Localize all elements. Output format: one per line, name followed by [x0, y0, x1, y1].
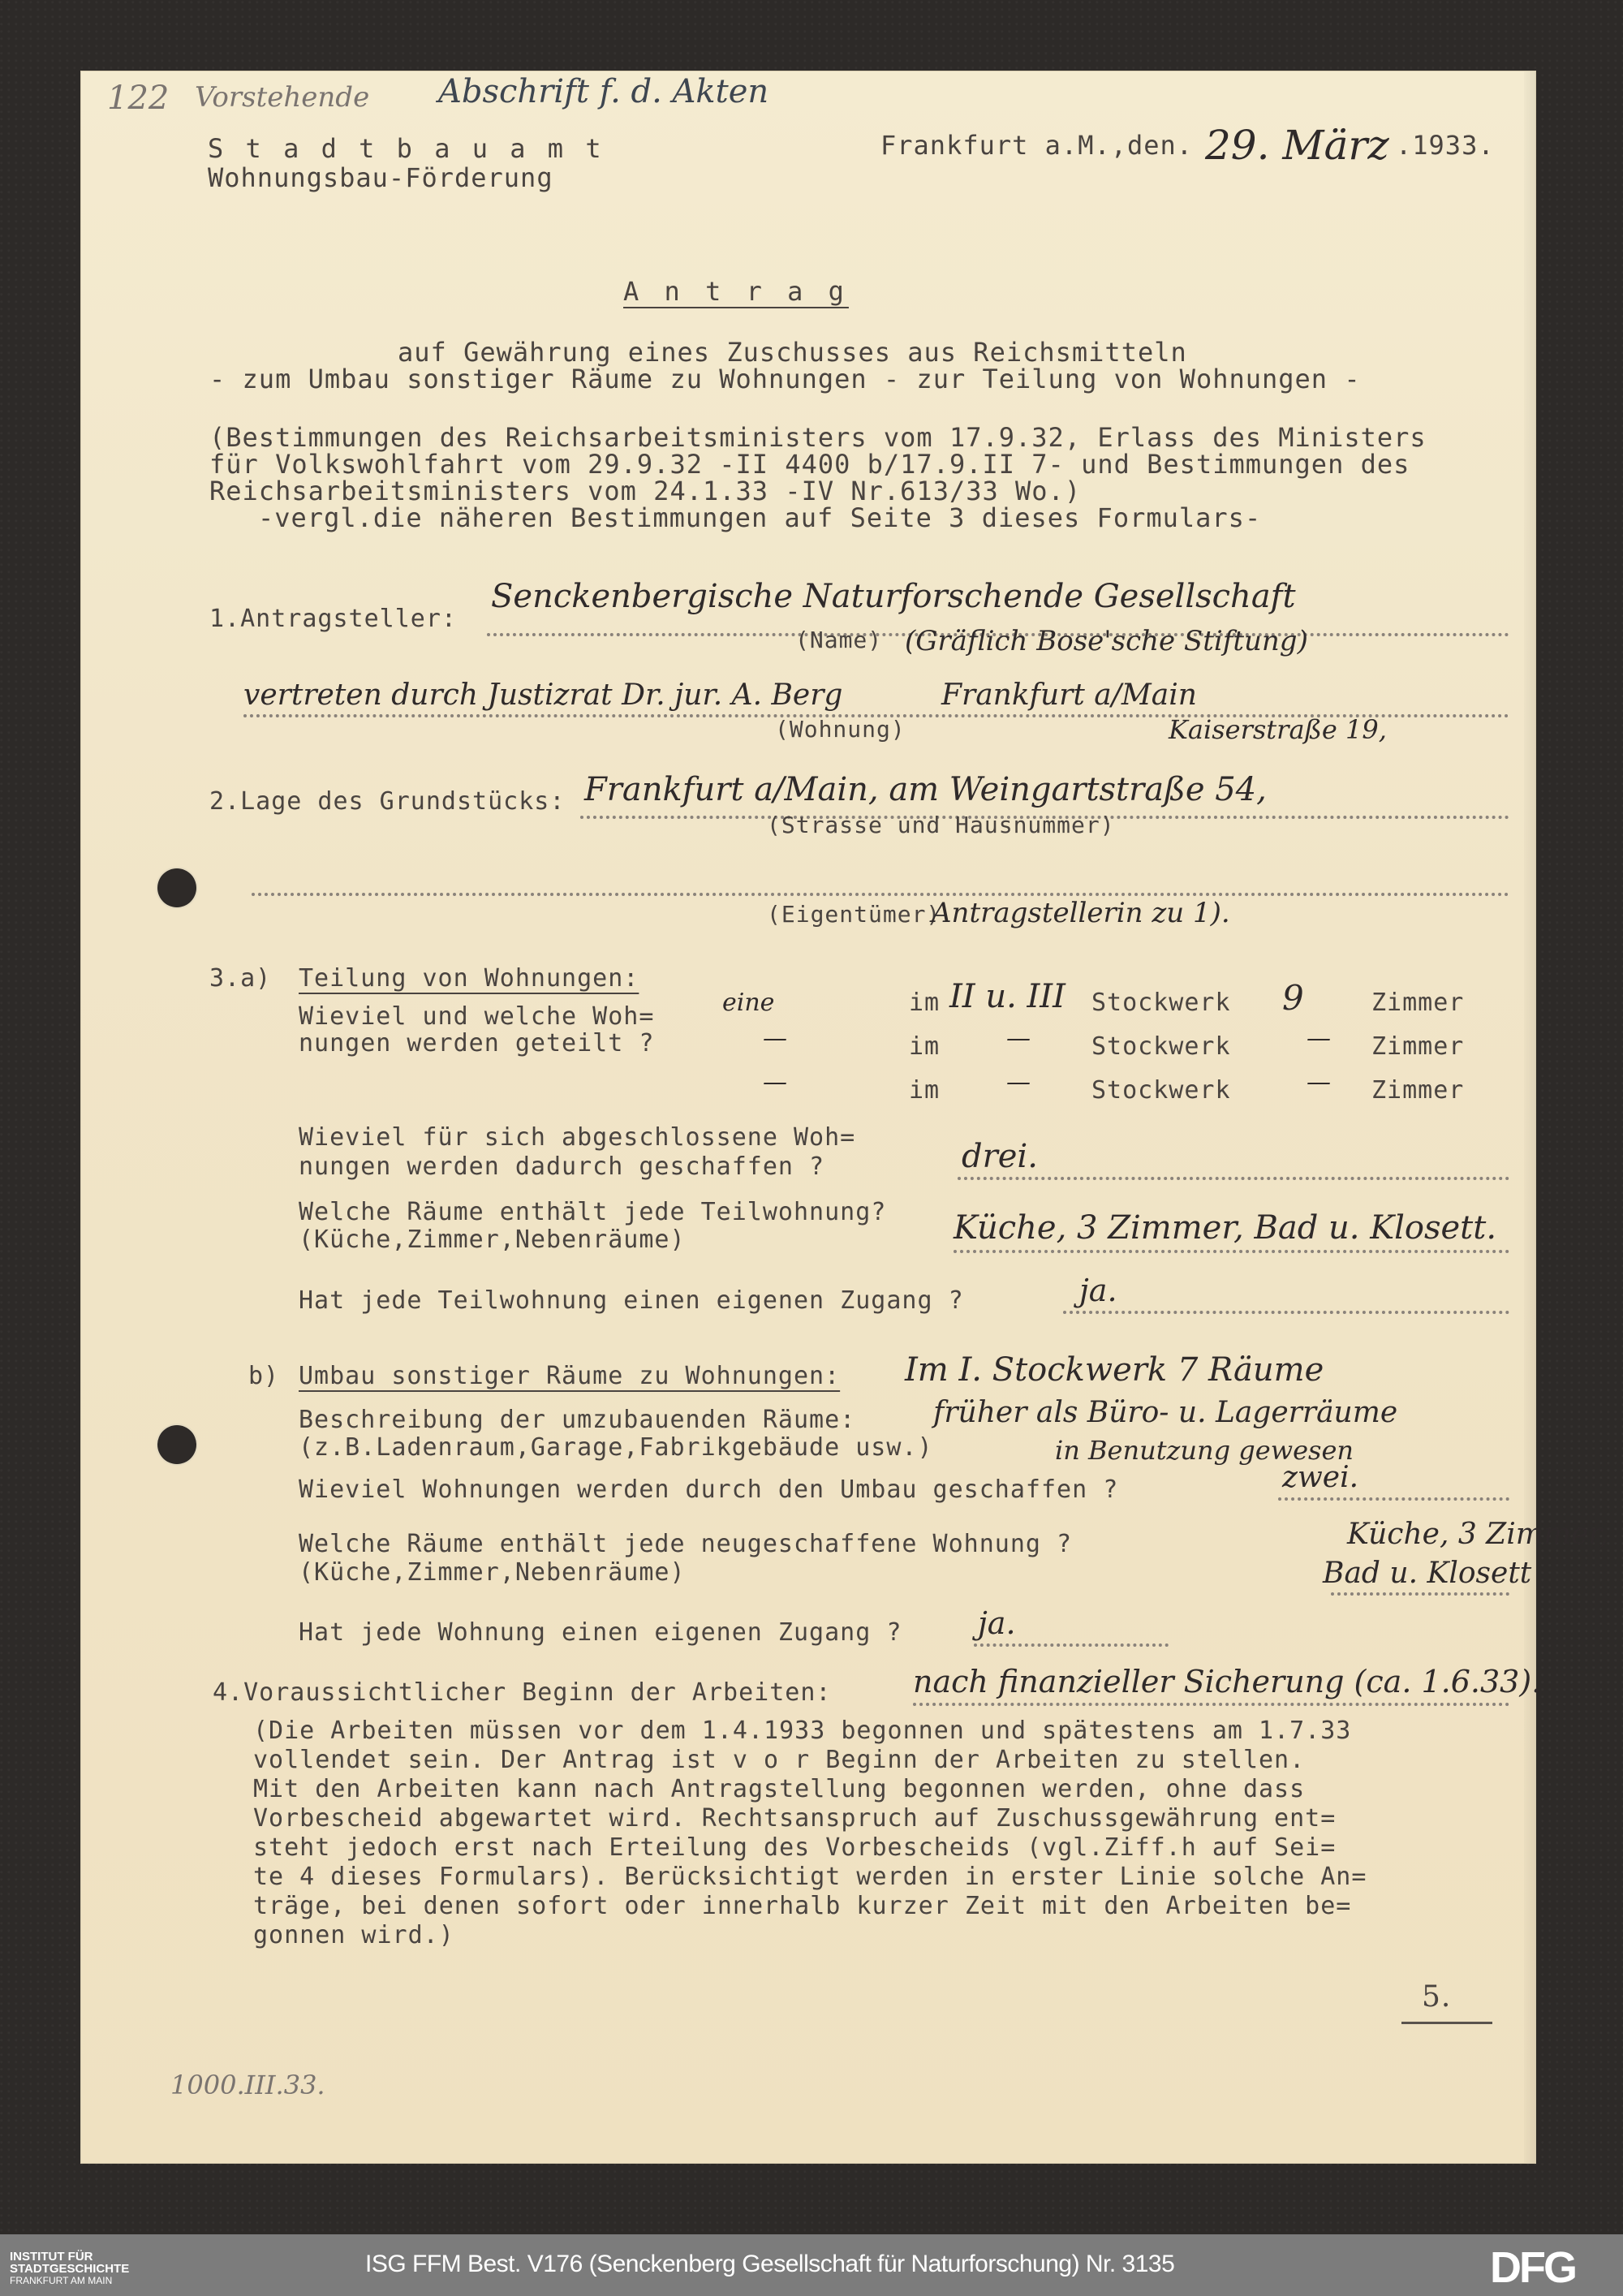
form-subtitle-2: - zum Umbau sonstiger Räume zu Wohnungen…	[209, 364, 1361, 394]
pencil-note: Vorstehende	[195, 81, 369, 114]
q-rooms-answer[interactable]: Küche, 3 Zimmer, Bad u. Klosett.	[954, 1209, 1496, 1247]
regulations-line-4: -vergl.die näheren Bestimmungen auf Seit…	[258, 502, 1261, 533]
date-year: .1933.	[1396, 130, 1495, 161]
notice-line: te 4 dieses Formulars). Berücksichtigt w…	[253, 1863, 1519, 1892]
row3-im: im	[909, 1076, 940, 1105]
notice-line: vollendet sein. Der Antrag ist v o r Beg…	[253, 1746, 1519, 1775]
owner-caption: (Eigentümer)	[767, 901, 941, 928]
applicant-representative[interactable]: vertreten durch Justizrat Dr. jur. A. Be…	[243, 678, 842, 712]
row2-floor[interactable]: —	[1006, 1024, 1031, 1053]
archive-number: 122	[107, 80, 169, 117]
ink-note: Abschrift f. d. Akten	[438, 73, 768, 110]
work-start-answer[interactable]: nach finanzieller Sicherung (ca. 1.6.33)…	[913, 1664, 1541, 1699]
row3-rooms[interactable]: —	[1307, 1068, 1331, 1096]
paper-edge	[1524, 71, 1535, 2163]
office-department: Wohnungsbau-Förderung	[208, 162, 553, 193]
q-conversion-count-line	[1278, 1497, 1509, 1501]
notice-line: träge, bei denen sofort oder innerhalb k…	[253, 1892, 1519, 1921]
punch-hole-lower	[157, 1425, 196, 1464]
institute-line-2: STADTGESCHICHTE	[10, 2263, 129, 2275]
q-access-3b-line	[974, 1643, 1169, 1647]
office-name: S t a d t b a u a m t	[208, 133, 605, 164]
q-description-line-1: Beschreibung der umzubauenden Räume:	[299, 1406, 855, 1434]
institute-line-3: FRANKFURT AM MAIN	[10, 2275, 129, 2287]
row3-stockwerk: Stockwerk	[1091, 1076, 1231, 1105]
row1-count[interactable]: eine	[722, 989, 774, 1017]
q-conversion-count: Wieviel Wohnungen werden durch den Umbau…	[299, 1475, 1118, 1504]
row2-im: im	[909, 1032, 940, 1061]
section-3b-heading-answer[interactable]: Im I. Stockwerk 7 Räume	[905, 1351, 1324, 1389]
q-access-3b: Hat jede Wohnung einen eigenen Zugang ?	[299, 1618, 902, 1647]
row1-zimmer: Zimmer	[1371, 989, 1464, 1017]
archive-caption: ISG FFM Best. V176 (Senckenberg Gesellsc…	[365, 2251, 1174, 2278]
q-description-line-2: (z.B.Ladenraum,Garage,Fabrikgebäude usw.…	[299, 1433, 933, 1462]
applicant-address-extra: Kaiserstraße 19,	[1169, 714, 1387, 745]
q-description-answer-1[interactable]: früher als Büro- u. Lagerräume	[933, 1396, 1397, 1429]
row2-count[interactable]: —	[763, 1024, 787, 1053]
q-rooms-line-2: (Küche,Zimmer,Nebenräume)	[299, 1226, 686, 1254]
form-title: A n t r a g	[623, 276, 849, 307]
q-access-3a-answer[interactable]: ja.	[1079, 1273, 1117, 1308]
q-divided-line-1: Wieviel und welche Woh=	[299, 1002, 654, 1031]
property-location-value[interactable]: Frankfurt a/Main, am Weingartstraße 54,	[584, 771, 1267, 808]
q-created-line-2: nungen werden dadurch geschaffen ?	[299, 1152, 824, 1181]
q-access-3a-line	[1063, 1311, 1509, 1314]
applicant-name-extra: (Gräflich Bose'sche Stiftung)	[905, 625, 1308, 657]
applicant-name-caption: (Name)	[795, 627, 882, 653]
form-code: 1000.III.33.	[170, 2070, 325, 2100]
q-new-rooms-answer-1[interactable]: Küche, 3 Zimmer,	[1347, 1518, 1608, 1551]
q-conversion-count-answer[interactable]: zwei.	[1282, 1461, 1358, 1494]
owner-value[interactable]: Antragstellerin zu 1).	[932, 897, 1230, 929]
q-new-rooms-line-1: Welche Räume enthält jede neugeschaffene…	[299, 1530, 1072, 1558]
work-start-notice: (Die Arbeiten müssen vor dem 1.4.1933 be…	[253, 1717, 1519, 1950]
row2-rooms[interactable]: —	[1307, 1024, 1331, 1053]
row1-floor[interactable]: II u. III	[949, 978, 1065, 1015]
next-page-underline	[1401, 2022, 1492, 2024]
q-rooms-line-1: Welche Räume enthält jede Teilwohnung?	[299, 1198, 886, 1226]
notice-line: (Die Arbeiten müssen vor dem 1.4.1933 be…	[253, 1717, 1519, 1746]
row3-floor[interactable]: —	[1006, 1068, 1031, 1096]
place-prefix: Frankfurt a.M.,den.	[880, 130, 1193, 161]
institute-logo: INSTITUT FÜR STADTGESCHICHTE FRANKFURT A…	[10, 2251, 129, 2287]
notice-line: gonnen wird.)	[253, 1921, 1519, 1950]
q-new-rooms-line	[1331, 1592, 1509, 1596]
row2-stockwerk: Stockwerk	[1091, 1032, 1231, 1061]
q-rooms-line	[954, 1250, 1509, 1253]
q-created-line	[958, 1177, 1509, 1180]
applicant-city[interactable]: Frankfurt a/Main	[941, 678, 1197, 712]
next-page-marker: 5.	[1422, 1980, 1451, 2014]
row3-count[interactable]: —	[763, 1068, 787, 1096]
section-3b-heading: Umbau sonstiger Räume zu Wohnungen:	[299, 1362, 840, 1390]
property-location-caption: (Strasse und Hausnummer)	[767, 812, 1115, 838]
q-new-rooms-line-2: (Küche,Zimmer,Nebenräume)	[299, 1558, 686, 1587]
date-handwritten: 29. März	[1205, 122, 1389, 169]
work-start-line	[913, 1703, 1509, 1706]
row1-im: im	[909, 989, 940, 1017]
work-start-label: 4.Voraussichtlicher Beginn der Arbeiten:	[213, 1678, 831, 1707]
dfg-logo: DFG	[1490, 2242, 1575, 2293]
notice-line: steht jedoch erst nach Erteilung des Vor…	[253, 1833, 1519, 1863]
q-new-rooms-answer-2[interactable]: Bad u. Klosett	[1323, 1557, 1531, 1590]
q-access-3b-answer[interactable]: ja.	[978, 1605, 1016, 1641]
property-location-label: 2.Lage des Grundstücks:	[209, 787, 565, 816]
row2-zimmer: Zimmer	[1371, 1032, 1464, 1061]
q-created-answer[interactable]: drei.	[962, 1138, 1038, 1175]
row3-zimmer: Zimmer	[1371, 1076, 1464, 1105]
owner-line	[252, 893, 1509, 896]
row1-rooms[interactable]: 9	[1282, 978, 1304, 1018]
section-3b-number: b)	[248, 1362, 279, 1390]
section-3a-heading: Teilung von Wohnungen:	[299, 964, 639, 993]
q-created-line-1: Wieviel für sich abgeschlossene Woh=	[299, 1123, 855, 1152]
applicant-address-caption: (Wohnung)	[775, 716, 906, 743]
punch-hole-upper	[157, 868, 196, 907]
q-divided-line-2: nungen werden geteilt ?	[299, 1029, 654, 1058]
applicant-name-value[interactable]: Senckenbergische Naturforschende Gesells…	[491, 578, 1296, 615]
notice-line: Vorbescheid abgewartet wird. Rechtsanspr…	[253, 1804, 1519, 1833]
applicant-label: 1.Antragsteller:	[209, 605, 457, 633]
institute-line-1: INSTITUT FÜR	[10, 2251, 129, 2263]
section-3a-number: 3.a)	[209, 964, 271, 993]
archive-footer-bar: INSTITUT FÜR STADTGESCHICHTE FRANKFURT A…	[0, 2234, 1623, 2296]
row1-stockwerk: Stockwerk	[1091, 989, 1231, 1017]
notice-line: Mit den Arbeiten kann nach Antragstellun…	[253, 1775, 1519, 1804]
q-access-3a: Hat jede Teilwohnung einen eigenen Zugan…	[299, 1286, 964, 1315]
